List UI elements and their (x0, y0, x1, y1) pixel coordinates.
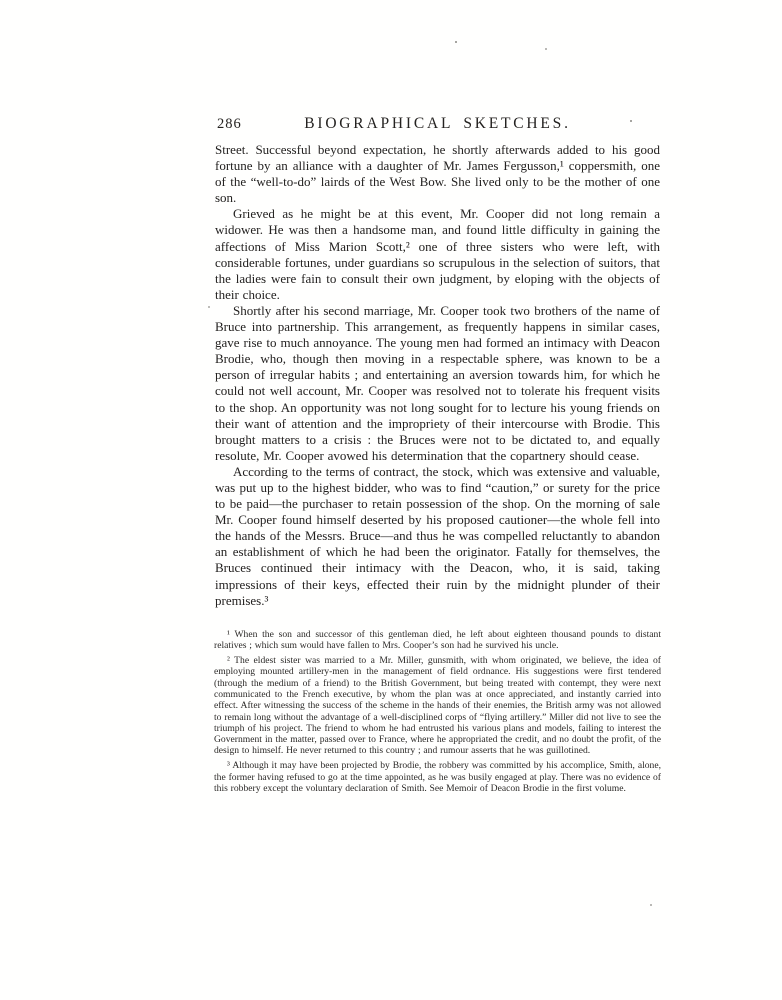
running-title: BIOGRAPHICAL SKETCHES. (215, 115, 660, 133)
paragraph: Grieved as he might be at this event, Mr… (215, 206, 660, 303)
body-text: Street. Successful beyond expectation, h… (215, 142, 660, 609)
scan-speck (545, 48, 547, 50)
scan-speck (630, 120, 632, 122)
footnote-3: ³ Although it may have been projected by… (214, 760, 661, 794)
book-page: 286 BIOGRAPHICAL SKETCHES. Street. Succe… (0, 0, 782, 1000)
paragraph: Shortly after his second marriage, Mr. C… (215, 303, 660, 464)
scan-speck (208, 306, 210, 308)
footnotes-section: ¹ When the son and successor of this gen… (214, 629, 661, 798)
paragraph: Street. Successful beyond expectation, h… (215, 142, 660, 206)
footnote-1: ¹ When the son and successor of this gen… (214, 629, 661, 652)
footnote-2: ² The eldest sister was married to a Mr.… (214, 655, 661, 757)
scan-speck (650, 904, 652, 906)
page-header: 286 BIOGRAPHICAL SKETCHES. (215, 115, 660, 135)
paragraph: According to the terms of contract, the … (215, 464, 660, 609)
scan-speck (455, 41, 457, 43)
